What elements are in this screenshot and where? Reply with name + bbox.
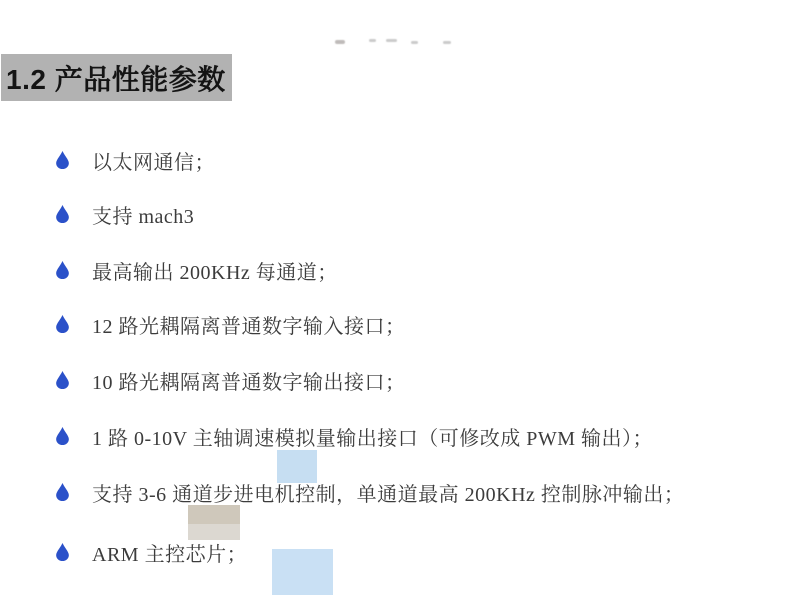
- drop-bullet-icon: [56, 151, 69, 169]
- faded-header-artifact: [0, 38, 801, 46]
- feature-text: 最高输出 200KHz 每通道；: [92, 256, 338, 285]
- feature-item: 1 路 0-10V 主轴调速模拟量输出接口（可修改成 PWM 输出）；: [56, 424, 653, 448]
- feature-item: 以太网通信；: [56, 148, 215, 172]
- feature-text: 支持 mach3: [92, 200, 194, 229]
- feature-text: 10 路光耦隔离普通数字输出接口；: [92, 366, 406, 395]
- feature-item: ARM 主控芯片；: [56, 540, 247, 564]
- faded-text-artifact: [335, 40, 345, 44]
- drop-bullet-icon: [56, 483, 69, 501]
- drop-bullet-icon: [56, 371, 69, 389]
- feature-item: 10 路光耦隔离普通数字输出接口；: [56, 368, 406, 392]
- drop-bullet-icon: [56, 261, 69, 279]
- drop-bullet-icon: [56, 205, 69, 223]
- feature-item: 最高输出 200KHz 每通道；: [56, 258, 338, 282]
- feature-text: 12 路光耦隔离普通数字输入接口；: [92, 310, 406, 339]
- drop-bullet-icon: [56, 543, 69, 561]
- highlight-artifact-beige: [188, 505, 240, 540]
- section-heading-text: 1.2 产品性能参数: [6, 58, 226, 98]
- document-page: 1.2 产品性能参数 以太网通信； 支持 mach3 最高输出 200KHz 每…: [0, 0, 801, 595]
- feature-text: 以太网通信；: [92, 146, 215, 175]
- faded-text-artifact: [386, 39, 397, 42]
- feature-item: 支持 mach3: [56, 202, 194, 226]
- section-heading: 1.2 产品性能参数: [1, 54, 232, 101]
- drop-bullet-icon: [56, 427, 69, 445]
- faded-text-artifact: [369, 39, 376, 42]
- drop-bullet-icon: [56, 315, 69, 333]
- highlight-artifact-blue-bottom: [272, 549, 333, 595]
- faded-text-artifact: [411, 41, 418, 44]
- faded-text-artifact: [443, 41, 451, 44]
- feature-text: 支持 3-6 通道步进电机控制，单通道最高 200KHz 控制脉冲输出；: [92, 478, 684, 507]
- feature-item: 12 路光耦隔离普通数字输入接口；: [56, 312, 406, 336]
- feature-item: 支持 3-6 通道步进电机控制，单通道最高 200KHz 控制脉冲输出；: [56, 480, 684, 504]
- feature-text: 1 路 0-10V 主轴调速模拟量输出接口（可修改成 PWM 输出）；: [92, 422, 653, 451]
- feature-text: ARM 主控芯片；: [92, 538, 247, 567]
